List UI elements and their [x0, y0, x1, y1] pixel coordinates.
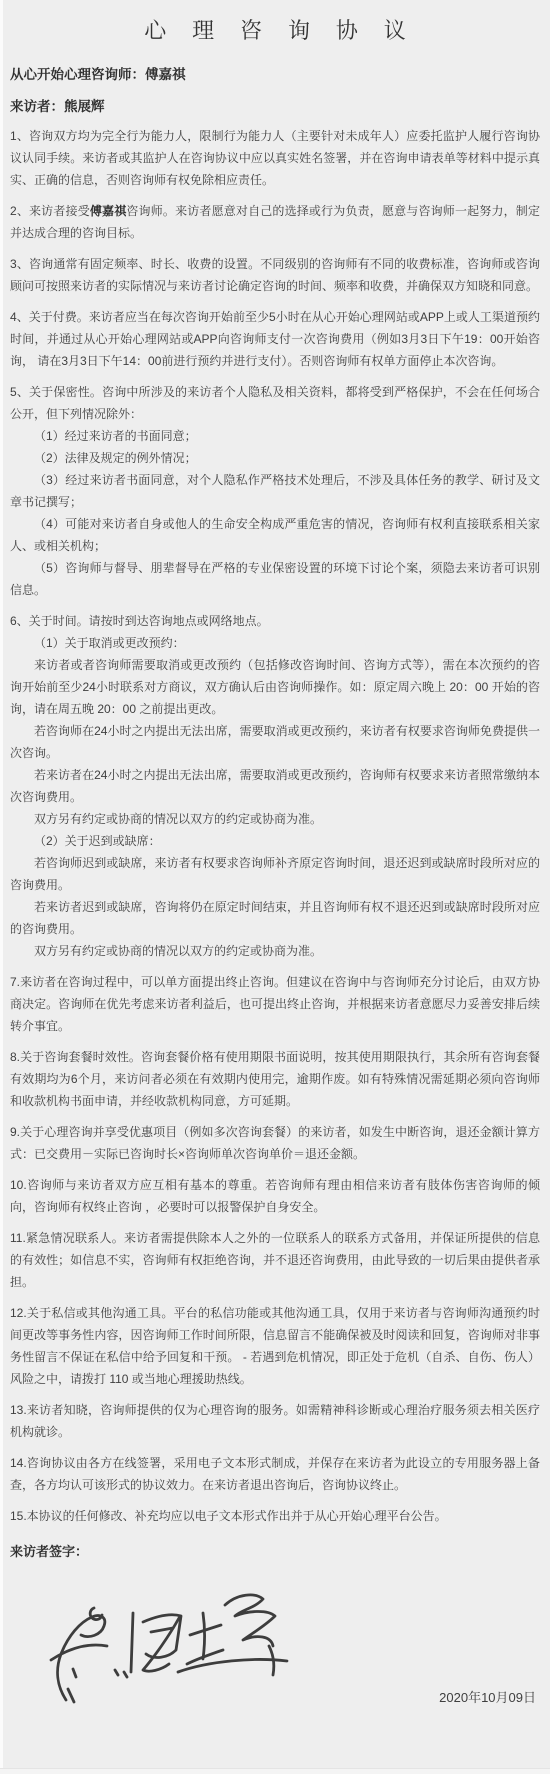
page-title: 心 理 咨 询 协 议	[10, 14, 540, 45]
visitor-label: 来访者：	[10, 99, 64, 114]
document-content: 心 理 咨 询 协 议 从心开始心理咨询师：傅嘉祺 来访者：熊展辉 1、咨询双方…	[0, 14, 550, 1722]
clause-5-item-2: （2）法律及规定的例外情况；	[10, 447, 540, 469]
clause-6-item-2-para-a: 若咨询师迟到或缺席，来访者有权要求咨询师补齐原定咨询时间，退还迟到或缺席时段所对…	[10, 852, 540, 896]
clause-5-item-3: （3）经过来访者书面同意，对个人隐私作严格技术处理后，不涉及具体任务的教学、研讨…	[10, 469, 540, 513]
clause-6-item-2-para-c: 双方另有约定或协商的情况以双方的约定或协商为准。	[10, 940, 540, 962]
clause-list: 1、咨询双方均为完全行为能力人，限制行为能力人（主要针对未成年人）应委托监护人履…	[10, 125, 540, 1527]
clause-5-item-4: （4）可能对来访者自身或他人的生命安全构成严重危害的情况，咨询师有权利直接联系相…	[10, 513, 540, 557]
counselor-name: 傅嘉祺	[145, 67, 186, 82]
page-left-edge	[0, 0, 3, 1774]
clause-15: 15.本协议的任何修改、补充均应以电子文本形式作出并于从心开始心理平台公告。	[10, 1505, 540, 1527]
clause-14: 14.咨询协议由各方在线签署，采用电子文本形式制成，并保存在来访者为此设立的专用…	[10, 1452, 540, 1496]
clause-6-item-1-para-d: 双方另有约定或协商的情况以双方的约定或协商为准。	[10, 808, 540, 830]
clause-2-text: 2、来访者接受	[10, 204, 90, 218]
clause-5: 5、关于保密性。咨询中所涉及的来访者个人隐私及相关资料，都将受到严格保护，不会在…	[10, 381, 540, 425]
clause-11: 11.紧急情况联系人。来访者需提供除本人之外的一位联系人的联系方式备用，并保证所…	[10, 1227, 540, 1293]
clause-6: 6、关于时间。请按时到达咨询地点或网络地点。	[10, 610, 540, 632]
agreement-date: 2020年10月09日	[439, 1687, 536, 1706]
page-bottom-edge	[0, 1768, 550, 1774]
clause-5-item-1: （1）经过来访者的书面同意；	[10, 425, 540, 447]
clause-6-item-1-head: （1）关于取消或更改预约：	[10, 632, 540, 654]
clause-6-item-2-head: （2）关于迟到或缺席：	[10, 830, 540, 852]
clause-8: 8.关于咨询套餐时效性。咨询套餐价格有使用期限书面说明，按其使用期限执行，其余所…	[10, 1046, 540, 1112]
clause-6-item-2-para-b: 若来访者迟到或缺席，咨询将仍在原定时间结束，并且咨询师有权不退还迟到或缺席时段所…	[10, 896, 540, 940]
clause-6-item-1-para-b: 若咨询师在24小时之内提出无法出席，需要取消或更改预约，来访者有权要求咨询师免费…	[10, 720, 540, 764]
clause-1: 1、咨询双方均为完全行为能力人，限制行为能力人（主要针对未成年人）应委托监护人履…	[10, 125, 540, 191]
counseling-agreement-document: 心 理 咨 询 协 议 从心开始心理咨询师：傅嘉祺 来访者：熊展辉 1、咨询双方…	[0, 0, 550, 1774]
clause-4: 4、关于付费。来访者应当在每次咨询开始前至少5小时在从心开始心理网站或APP上或…	[10, 306, 540, 372]
clause-5-item-5: （5）咨询师与督导、朋辈督导在严格的专业保密设置的环境下讨论个案，须隐去来访者可…	[10, 557, 540, 601]
clause-2: 2、来访者接受傅嘉祺咨询师。来访者愿意对自己的选择或行为负责，愿意与咨询师一起努…	[10, 200, 540, 244]
clause-9: 9.关于心理咨询并享受优惠项目（例如多次咨询套餐）的来访者，如发生中断咨询，退还…	[10, 1121, 540, 1165]
clause-7: 7.来访者在咨询过程中，可以单方面提出终止咨询。但建议在咨询中与咨询师充分讨论后…	[10, 971, 540, 1037]
clause-3: 3、咨询通常有固定频率、时长、收费的设置。不同级别的咨询师有不同的收费标准，咨询…	[10, 253, 540, 297]
visitor-name: 熊展辉	[64, 99, 105, 114]
counselor-name-emphasis: 傅嘉祺	[90, 204, 127, 218]
clause-6-item-1-para-c: 若来访者在24小时之内提出无法出席，需要取消或更改预约，咨询师有权要求来访者照常…	[10, 764, 540, 808]
signature-label: 来访者签字：	[10, 1541, 540, 1560]
clause-12: 12.关于私信或其他沟通工具。平台的私信功能或其他沟通工具，仅用于来访者与咨询师…	[10, 1302, 540, 1390]
clause-10: 10.咨询师与来访者双方应互相有基本的尊重。若咨询师有理由相信来访者有肢体伤害咨…	[10, 1174, 540, 1218]
counselor-label: 从心开始心理咨询师：	[10, 67, 145, 82]
counselor-line: 从心开始心理咨询师：傅嘉祺	[10, 66, 540, 84]
visitor-signature-handwriting	[28, 1572, 308, 1722]
clause-6-item-1-para-a: 来访者或者咨询师需要取消或更改预约（包括修改咨询时间、咨询方式等），需在本次预约…	[10, 654, 540, 720]
clause-13: 13.来访者知晓，咨询师提供的仅为心理咨询的服务。如需精神科诊断或心理治疗服务须…	[10, 1399, 540, 1443]
visitor-line: 来访者：熊展辉	[10, 98, 540, 116]
